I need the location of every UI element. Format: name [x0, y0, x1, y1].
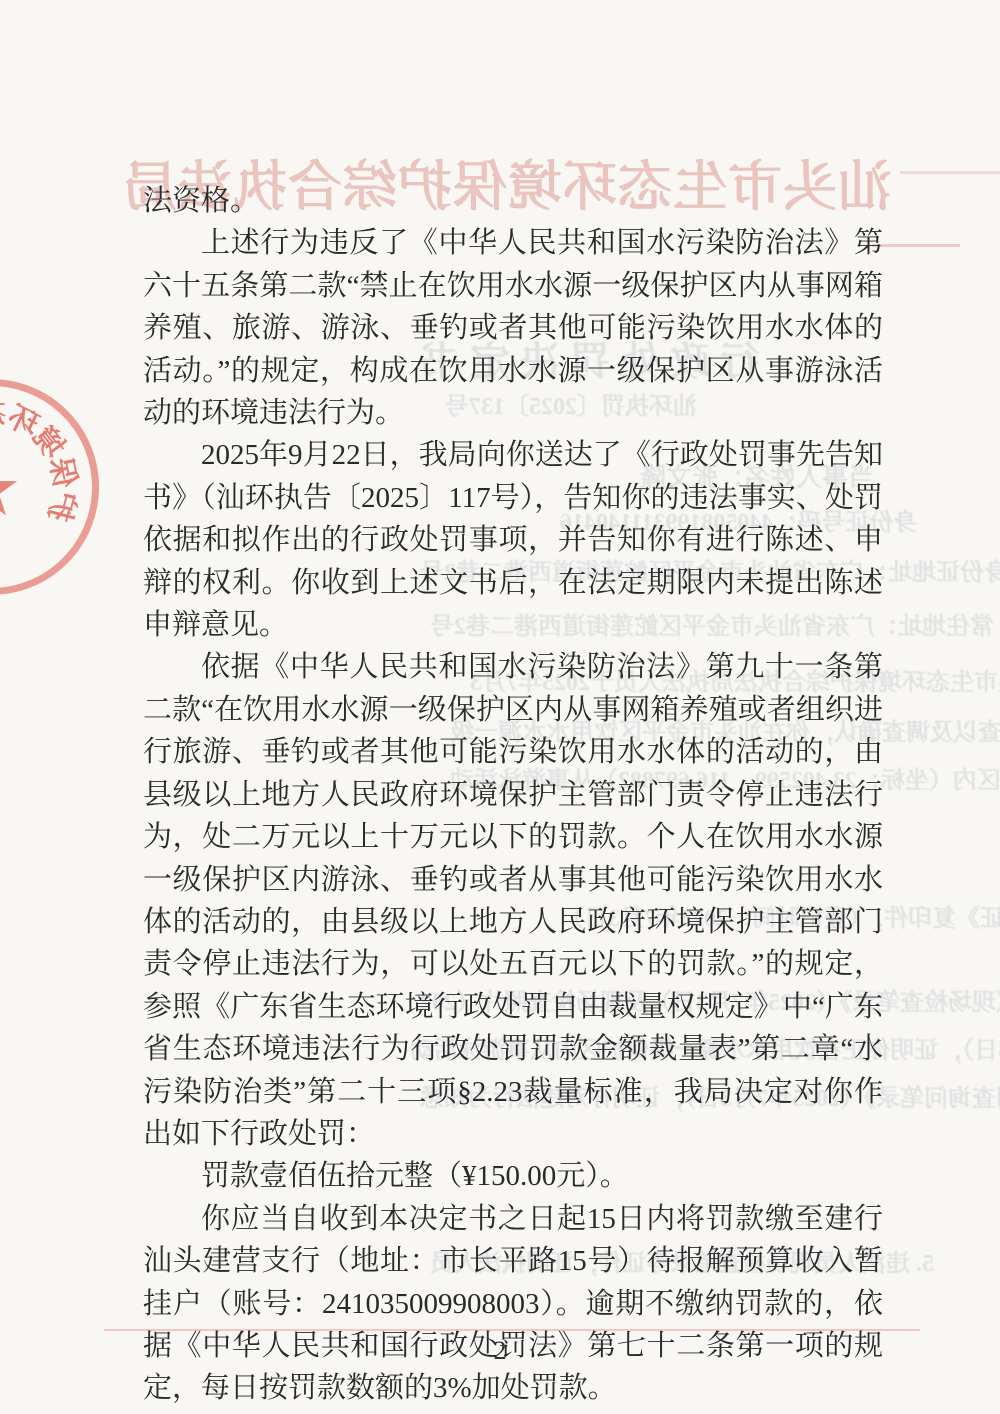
- paragraph-4: 依据《中华人民共和国水污染防治法》第九十一条第二款“在饮用水水源一级保护区内从事…: [143, 646, 883, 1155]
- document-body: 法资格。上述行为违反了《中华人民共和国水污染防治法》第六十五条第二款“禁止在饮用…: [143, 180, 883, 1410]
- seal-character: 护: [41, 486, 80, 525]
- paragraph-1: 法资格。: [143, 180, 883, 222]
- paragraph-5: 罚款壹佰伍拾元整（¥150.00元）。: [143, 1155, 883, 1197]
- letterhead-rule-fragment: [872, 244, 960, 247]
- seal-character: 态: [0, 399, 7, 431]
- document-page: 汕头市生态环境保护综合执法局 行 政 处 罚 决 定 书汕环执罚〔2025〕13…: [0, 0, 1000, 1414]
- official-seal-bleedthrough: ★ 护保境环态生市头汕: [0, 379, 99, 595]
- seal-star-icon: ★: [0, 452, 22, 528]
- paragraph-6: 你应当自收到本决定书之日起15日内将罚款缴至建行汕头建营支行（地址：市长平路15…: [143, 1198, 883, 1410]
- page-number: 2: [0, 1336, 1000, 1366]
- paragraph-2: 上述行为违反了《中华人民共和国水污染防治法》第六十五条第二款“禁止在饮用水水源一…: [143, 222, 883, 434]
- letterhead-rule-fragment: [900, 171, 1000, 174]
- paragraph-3: 2025年9月22日，我局向你送达了《行政处罚事先告知书》（汕环执告〔2025〕…: [143, 434, 883, 646]
